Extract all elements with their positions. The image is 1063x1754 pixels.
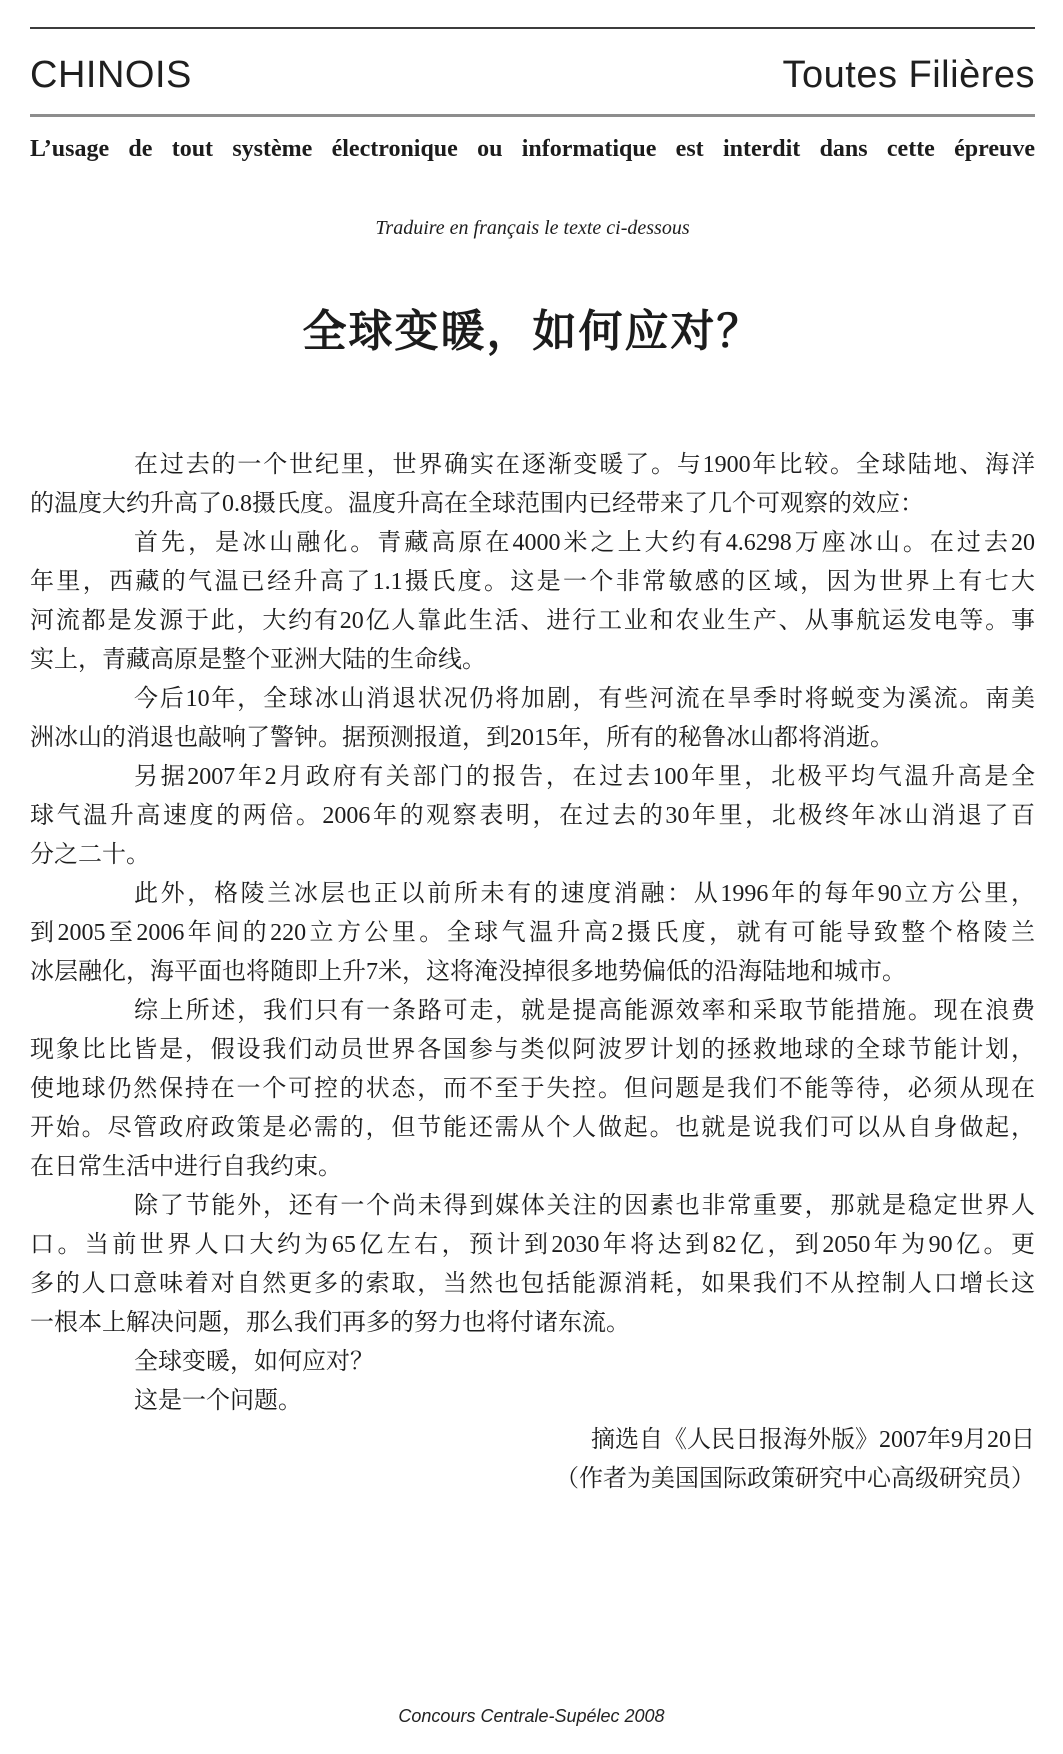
- body-text: 在过去的一个世纪里，世界确实在逐渐变暖了。与1900年比较。全球陆地、海洋的温度…: [30, 446, 1035, 1499]
- body-line: 球气温升高速度的两倍。2006年的观察表明，在过去的30年里，北极终年冰山消退了…: [30, 797, 1035, 836]
- body-line: 全球变暖，如何应对？: [30, 1343, 1035, 1382]
- body-line: 在日常生活中进行自我约束。: [30, 1148, 1035, 1187]
- body-line: 另据2007年2月政府有关部门的报告，在过去100年里，北极平均气温升高是全: [30, 758, 1035, 797]
- footer-text: Concours Centrale-Supélec 2008: [0, 1703, 1063, 1729]
- header-row: CHINOIS Toutes Filières: [30, 42, 1035, 94]
- instruction-text: Traduire en français le texte ci-dessous: [30, 214, 1035, 242]
- body-line: 摘选自《人民日报海外版》2007年9月20日: [30, 1421, 1035, 1460]
- body-line: 口。当前世界人口大约为65亿左右，预计到2030年将达到82亿，到2050年为9…: [30, 1226, 1035, 1265]
- body-line: 实上，青藏高原是整个亚洲大陆的生命线。: [30, 641, 1035, 680]
- subject-title: CHINOIS: [30, 56, 192, 94]
- body-line: 开始。尽管政府政策是必需的，但节能还需从个人做起。也就是说我们可以从自身做起，: [30, 1109, 1035, 1148]
- track-title: Toutes Filières: [783, 56, 1035, 94]
- body-line: 多的人口意味着对自然更多的索取，当然也包括能源消耗，如果我们不从控制人口增长这: [30, 1265, 1035, 1304]
- top-rule: [30, 27, 1035, 29]
- body-line: （作者为美国国际政策研究中心高级研究员）: [30, 1460, 1035, 1499]
- body-line: 到2005至2006年间的220立方公里。全球气温升高2摄氏度，就有可能导致整个…: [30, 914, 1035, 953]
- body-line: 河流都是发源于此，大约有20亿人靠此生活、进行工业和农业生产、从事航运发电等。事: [30, 602, 1035, 641]
- body-line: 洲冰山的消退也敲响了警钟。据预测报道，到2015年，所有的秘鲁冰山都将消逝。: [30, 719, 1035, 758]
- body-line: 首先，是冰山融化。青藏高原在4000米之上大约有4.6298万座冰山。在过去20: [30, 524, 1035, 563]
- body-line: 除了节能外，还有一个尚未得到媒体关注的因素也非常重要，那就是稳定世界人: [30, 1187, 1035, 1226]
- divider-rule: [30, 114, 1035, 117]
- notice-text: L’usage de tout système électronique ou …: [30, 133, 1035, 167]
- body-line: 在过去的一个世纪里，世界确实在逐渐变暖了。与1900年比较。全球陆地、海洋: [30, 446, 1035, 485]
- body-line: 年里，西藏的气温已经升高了1.1摄氏度。这是一个非常敏感的区域，因为世界上有七大: [30, 563, 1035, 602]
- body-line: 一根本上解决问题，那么我们再多的努力也将付诸东流。: [30, 1304, 1035, 1343]
- body-line: 今后10年，全球冰山消退状况仍将加剧，有些河流在旱季时将蜕变为溪流。南美: [30, 680, 1035, 719]
- body-line: 综上所述，我们只有一条路可走，就是提高能源效率和采取节能措施。现在浪费: [30, 992, 1035, 1031]
- body-line: 的温度大约升高了0.8摄氏度。温度升高在全球范围内已经带来了几个可观察的效应：: [30, 485, 1035, 524]
- body-line: 分之二十。: [30, 836, 1035, 875]
- document-title: 全球变暖，如何应对？: [30, 306, 1035, 358]
- body-line: 此外，格陵兰冰层也正以前所未有的速度消融：从1996年的每年90立方公里，: [30, 875, 1035, 914]
- body-line: 冰层融化，海平面也将随即上升7米，这将淹没掉很多地势偏低的沿海陆地和城市。: [30, 953, 1035, 992]
- body-line: 使地球仍然保持在一个可控的状态，而不至于失控。但问题是我们不能等待，必须从现在: [30, 1070, 1035, 1109]
- body-line: 现象比比皆是，假设我们动员世界各国参与类似阿波罗计划的拯救地球的全球节能计划，: [30, 1031, 1035, 1070]
- body-line: 这是一个问题。: [30, 1382, 1035, 1421]
- exam-page: CHINOIS Toutes Filières L’usage de tout …: [0, 0, 1063, 1754]
